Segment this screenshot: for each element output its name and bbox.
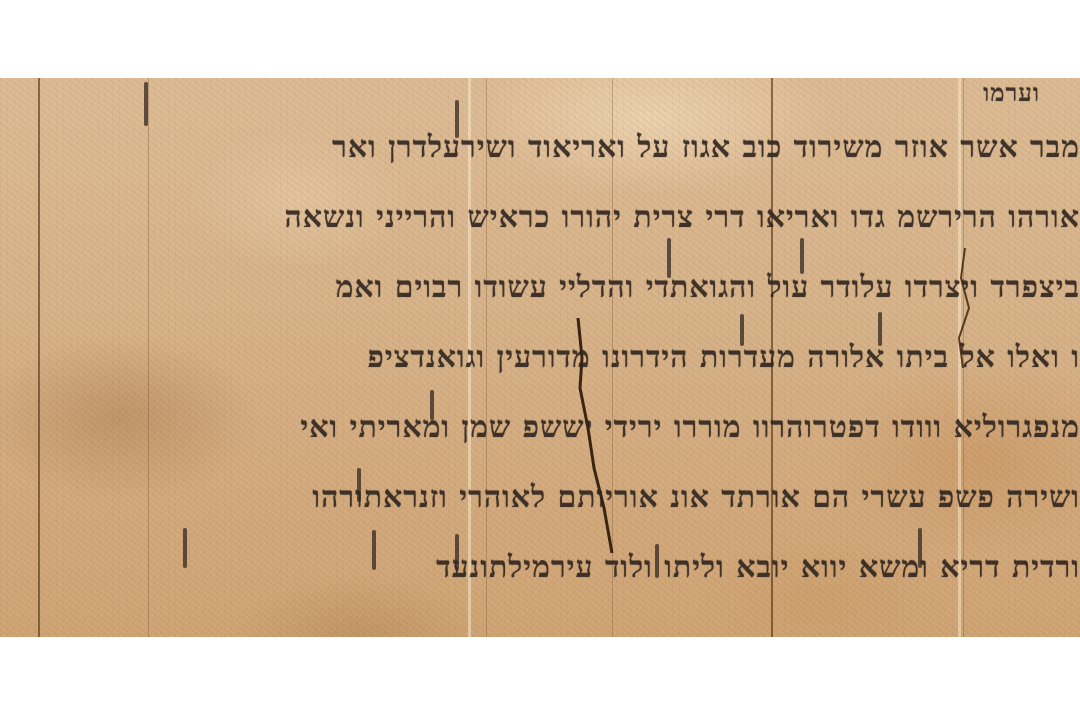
ink-stroke (455, 534, 459, 570)
ink-stroke (455, 100, 459, 138)
script-line: אורהו הרירשמ גדו ואריאו דרי צרית יהורו כ… (0, 200, 1080, 240)
ink-stroke (667, 238, 671, 278)
script-line: ורדית דריא ומשא יווא יובא וליתו ולוד עיר… (80, 550, 1080, 590)
script-line: מבר אשר אוזר משירוד כוב אגוז על ואריאוד … (0, 130, 1080, 170)
script-line: ו ואלו אל ביתו אלורה מעדרות הידרונו מדור… (0, 340, 1080, 380)
ink-stroke (183, 528, 187, 568)
ink-stroke (357, 468, 361, 502)
script-line: ביצפרד ויצרדו עלודר עול והגואתדי והדליי … (0, 270, 1080, 310)
script-line: מנפגרוליא ווודו דפטרוהרוו מוררו ירידי יש… (0, 410, 1080, 450)
scroll-photo: וערמו מבר אשר אוזר משירוד כוב אגוז על וא… (0, 78, 1080, 637)
script-line-partial: וערמו (880, 78, 1040, 118)
ink-stroke (878, 312, 882, 346)
script-line: ושירה פשפ עשרי הם אורתד אונ אוריותם לאוה… (0, 480, 1080, 520)
ink-stroke (655, 544, 659, 578)
ink-stroke (372, 530, 376, 570)
ink-stroke (740, 314, 744, 346)
ink-stroke (800, 238, 804, 274)
ink-stroke (144, 82, 148, 126)
ink-stroke (430, 390, 434, 420)
ink-stroke (918, 528, 922, 568)
